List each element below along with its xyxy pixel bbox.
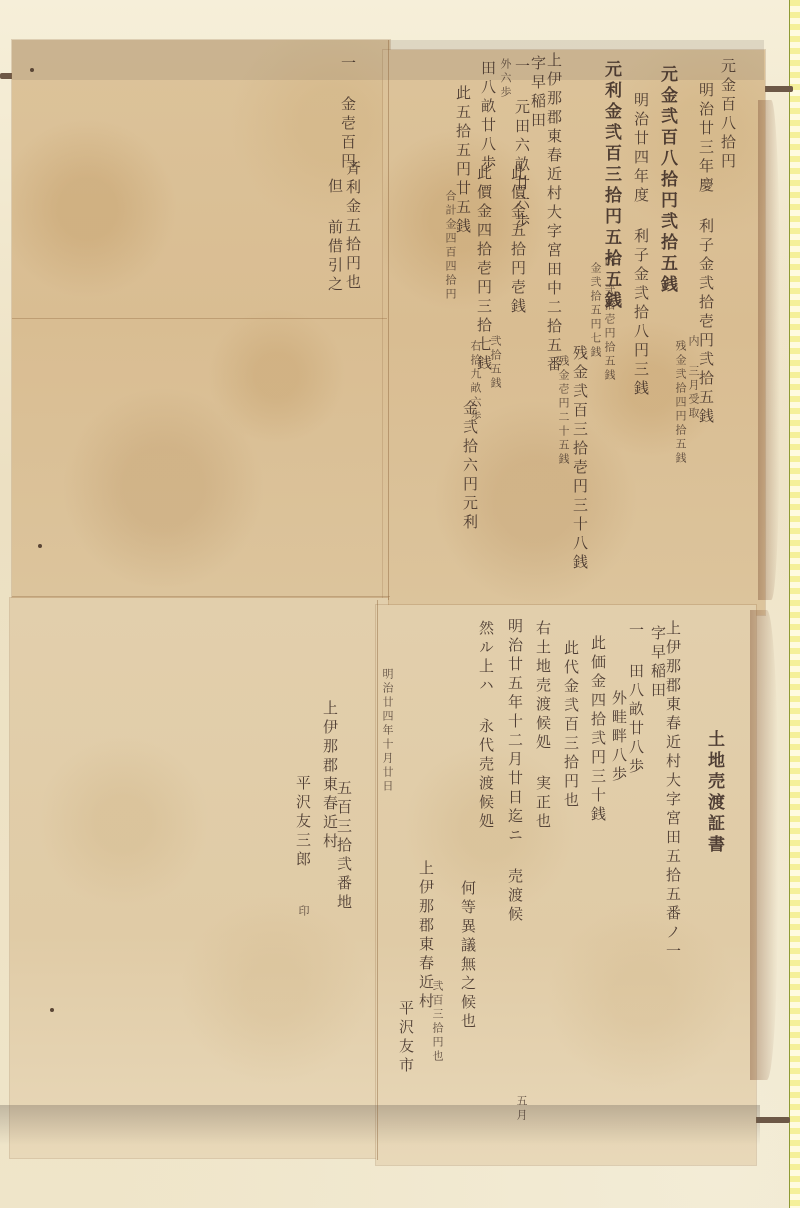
text-column: 元金弐百八拾円弐拾五銭 [658, 65, 675, 296]
seal-mark: 印 [298, 905, 309, 919]
text-column: 此代金弐百三拾円也 [563, 640, 578, 811]
text-column: 五百三拾弐番地 [336, 780, 351, 913]
text-column: 弐拾五銭 [490, 335, 501, 391]
text-column: 弐百三拾円也 [432, 980, 443, 1064]
document-title: 土地売渡証書 [705, 730, 722, 856]
text-column: 此價金五拾円壱銭 [510, 165, 525, 317]
text-column: 上伊那郡東春近村大字宮田五拾五番ノ一 [665, 620, 680, 962]
text-column: 斉利金五拾円也 [345, 160, 360, 293]
date-column: 明治廿四年十月廿日 [382, 668, 393, 794]
text-column: 上伊那郡東春近村大字宮田中二拾五番 [546, 52, 561, 375]
text-column: 残金弐拾四円拾五銭 [675, 340, 686, 466]
ink-speck [50, 1008, 54, 1012]
text-column: 元金百八拾円 [720, 58, 735, 172]
text-column: 合計金四百四拾円 [445, 190, 456, 302]
fold-line [12, 596, 390, 597]
text-column: 一 田八畝廿八歩 [628, 622, 643, 777]
text-column: 右土地売渡候処 実正也 [535, 620, 550, 832]
text-column: 然ル上ハ 永代売渡候処 [478, 620, 493, 832]
text-column: 字早稲田 [530, 55, 545, 131]
text-column: 何等異議無之候也 [460, 880, 475, 1032]
text-column: 但 前借引之 [327, 178, 342, 295]
text-column: 田八畝廿八歩 [480, 60, 495, 174]
text-column: 外六歩 [500, 58, 511, 100]
fold-line [12, 318, 387, 319]
text-column: 明治廿三年慶 利子金弐拾壱円弐拾五銭 [698, 82, 713, 427]
text-column: 明治廿五年十二月廿日迄ニ 売渡候 [507, 618, 522, 925]
ink-speck [38, 544, 42, 548]
text-column: 金弐拾五円七銭 [590, 262, 601, 360]
text-column: 五月 [516, 1095, 527, 1123]
text-column: 内 三月受取 [688, 335, 699, 421]
text-column: 明治廿四年度 利子金弐拾八円三銭 [633, 92, 648, 399]
text-column: 字早稲田 [650, 625, 665, 701]
ink-speck [30, 68, 34, 72]
sheet-top-left [12, 40, 390, 600]
sheet-bottom-left [10, 598, 388, 1158]
text-column: 外畦畔八歩 [611, 690, 626, 785]
text-column: 残金弐百三拾壱円三十八銭 [572, 345, 587, 573]
bottom-overlap-band [0, 1105, 760, 1145]
text-column: 此価金四拾弐円三十銭 [590, 635, 605, 825]
text-column: 一 金壱百円 [340, 55, 355, 172]
torn-edge [750, 610, 778, 1080]
mount-rod-right-top [763, 86, 793, 92]
fold-line [377, 600, 378, 1160]
text-column: 金弐拾六円元利 [462, 400, 477, 533]
edge-strip [789, 0, 800, 1208]
text-column: 内 弐拾壱円拾五銭 [604, 255, 615, 383]
signature: 平沢友市 [398, 1000, 413, 1076]
torn-edge [758, 100, 780, 600]
text-column: 此五拾五円廿五銭 [455, 85, 470, 237]
signature: 平沢友三郎 [295, 775, 310, 870]
fold-line [388, 40, 389, 600]
